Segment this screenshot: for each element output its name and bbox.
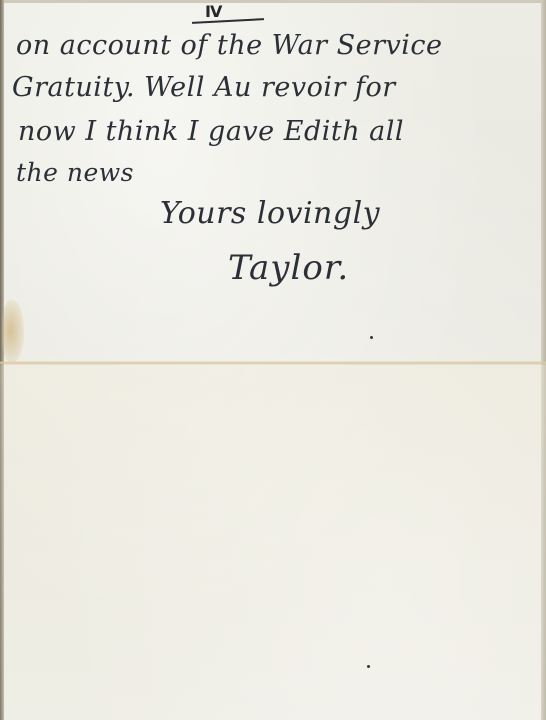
page-number-marker: IV — [205, 2, 221, 21]
letter-line-1: on account of the War Service — [16, 30, 443, 61]
page-marker-underline — [192, 18, 264, 24]
lower-half-paper — [0, 365, 546, 720]
ink-speck — [370, 336, 373, 339]
paper-top-edge — [0, 0, 546, 3]
letter-signature: Taylor. — [228, 248, 349, 288]
letter-line-2: Gratuity. Well Au revoir for — [12, 72, 396, 103]
water-stain — [2, 300, 24, 362]
fold-crease — [0, 361, 546, 365]
ink-speck — [367, 665, 370, 668]
letter-closing: Yours lovingly — [160, 196, 380, 231]
letter-line-3: now I think I gave Edith all — [18, 116, 404, 147]
letter-page: IV on account of the War Service Gratuit… — [0, 0, 546, 720]
letter-line-4: the news — [16, 158, 134, 187]
